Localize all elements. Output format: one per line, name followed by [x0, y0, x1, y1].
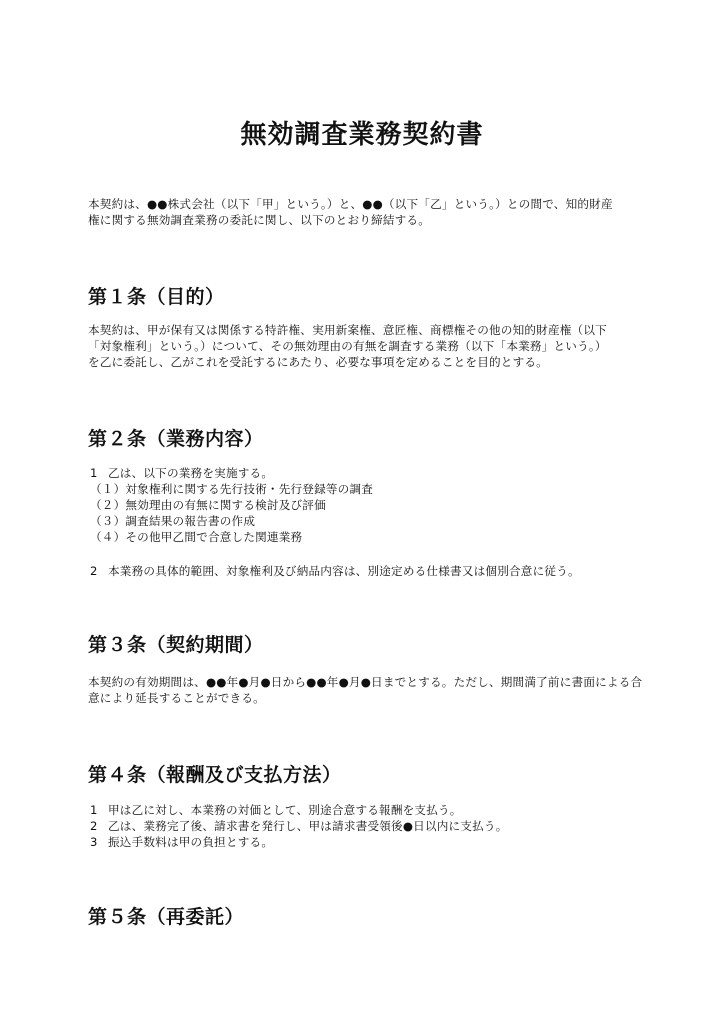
- document-title: 無効調査業務契約書: [0, 118, 724, 152]
- item-text: 本業務の具体的範囲、対象権利及び納品内容は、別途定める仕様書又は個別合意に従う。: [108, 564, 580, 578]
- article-5-heading: 第５条（再委託）: [88, 905, 244, 929]
- subitem-text: （１）対象権利に関する先行技術・先行登録等の調査: [90, 482, 373, 496]
- item-text: 乙は、業務完了後、請求書を発行し、甲は請求書受領後●日以内に支払う。: [108, 819, 508, 833]
- preamble: 本契約は、●●株式会社（以下「甲」という。）と、●●（以下「乙」という。）との間…: [88, 196, 640, 228]
- subitem-text: （２）無効理由の有無に関する検討及び評価: [90, 498, 326, 512]
- document-page: 無効調査業務契約書 本契約は、●●株式会社（以下「甲」という。）と、●●（以下「…: [0, 0, 724, 1024]
- subitem-text: （４）その他甲乙間で合意した関連業務: [90, 530, 302, 544]
- list-subitem: （１）対象権利に関する先行技術・先行登録等の調査: [90, 481, 580, 497]
- article-2-list: 1乙は、以下の業務を実施する。 （１）対象権利に関する先行技術・先行登録等の調査…: [90, 465, 580, 579]
- item-number: 2: [90, 818, 108, 834]
- list-subitem: （２）無効理由の有無に関する検討及び評価: [90, 497, 580, 513]
- item-text: 振込手数料は甲の負担とする。: [108, 835, 273, 849]
- article-1-line: 本契約は、甲が保有又は関係する特許権、実用新案権、意匠権、商標権その他の知的財産…: [88, 322, 640, 338]
- list-item: 2乙は、業務完了後、請求書を発行し、甲は請求書受領後●日以内に支払う。: [90, 818, 508, 834]
- article-1-line: を乙に委託し、乙がこれを受託するにあたり、必要な事項を定めることを目的とする。: [88, 354, 640, 370]
- article-3-heading: 第３条（契約期間）: [88, 633, 264, 657]
- preamble-line: 権に関する無効調査業務の委託に関し、以下のとおり締結する。: [88, 212, 640, 228]
- article-1-heading: 第１条（目的）: [88, 285, 225, 309]
- preamble-line: 本契約は、●●株式会社（以下「甲」という。）と、●●（以下「乙」という。）との間…: [88, 196, 640, 212]
- item-number: 1: [90, 465, 108, 481]
- item-number: 2: [90, 563, 108, 579]
- article-3-line: 本契約の有効期間は、●●年●月●日から●●年●月●日までとする。ただし、期間満了…: [88, 674, 640, 690]
- list-subitem: （３）調査結果の報告書の作成: [90, 513, 580, 529]
- article-4-list: 1甲は乙に対し、本業務の対価として、別途合意する報酬を支払う。 2乙は、業務完了…: [90, 802, 508, 850]
- list-item: 1甲は乙に対し、本業務の対価として、別途合意する報酬を支払う。: [90, 802, 508, 818]
- list-item: 3振込手数料は甲の負担とする。: [90, 834, 508, 850]
- item-text: 乙は、以下の業務を実施する。: [108, 466, 273, 480]
- article-1-body: 本契約は、甲が保有又は関係する特許権、実用新案権、意匠権、商標権その他の知的財産…: [88, 322, 640, 370]
- subitem-text: （３）調査結果の報告書の作成: [90, 514, 255, 528]
- article-2-heading: 第２条（業務内容）: [88, 427, 264, 451]
- article-3-line: 意により延長することができる。: [88, 690, 640, 706]
- item-text: 甲は乙に対し、本業務の対価として、別途合意する報酬を支払う。: [108, 803, 462, 817]
- article-3-body: 本契約の有効期間は、●●年●月●日から●●年●月●日までとする。ただし、期間満了…: [88, 674, 640, 706]
- item-number: 1: [90, 802, 108, 818]
- list-item: 1乙は、以下の業務を実施する。: [90, 465, 580, 481]
- article-1-line: 「対象権利」という。）について、その無効理由の有無を調査する業務（以下「本業務」…: [88, 338, 640, 354]
- list-item: 2本業務の具体的範囲、対象権利及び納品内容は、別途定める仕様書又は個別合意に従う…: [90, 563, 580, 579]
- item-number: 3: [90, 834, 108, 850]
- list-subitem: （４）その他甲乙間で合意した関連業務: [90, 529, 580, 545]
- article-4-heading: 第４条（報酬及び支払方法）: [88, 763, 342, 787]
